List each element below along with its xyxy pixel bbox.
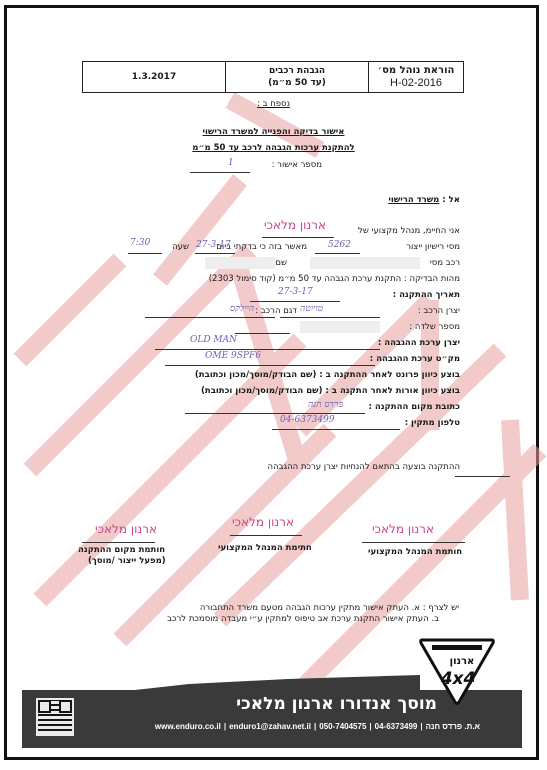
address-label: כתובת מקום ההתקנה : [369,402,461,413]
subject-line-2: (עד 50 מ״מ) [268,77,326,89]
license-value: 5262 [328,240,351,250]
signature-line-2 [230,535,302,536]
approval-number-value: 1 [228,158,234,168]
phone-value: 04-6373499 [280,415,335,425]
chassis-line [235,333,290,334]
compliance-statement: ההתקנה בוצעה בהתאם להנחיות יצרן ערכת ההג… [268,462,460,473]
approval-number-line [190,172,250,173]
inspection-nature: מהות הבדיקה : התקנת ערכת הגבהה עד 50 מ״מ… [209,274,460,285]
addressee-name: משרד הרישוי [388,195,439,205]
website-link[interactable]: www.enduro.co.il [155,722,221,731]
model-line [145,317,275,318]
address-value: פרדס חנה [308,399,343,410]
email-link[interactable]: enduro1@zahav.net.il [229,722,311,731]
light-alignment: בוצע כיוון אורות לאחר התקנה ב : (שם הבוד… [201,386,460,397]
kit-sku-label: מק״ט ערכת ההגבהה : [370,354,460,365]
procedure-label: הוראת נוהל מס׳ [378,65,455,77]
signature-stamp-3: ארנון מלאכי [95,522,157,536]
hour-value: 7:30 [130,238,150,248]
subject-cell: הגבהת רכבים (עד 50 מ״מ) [225,62,368,92]
appendix-label: נספח ב : [0,99,547,110]
attachments-line-1: יש לצרף : א. העתק אישור מתקין ערכות הגבה… [200,603,459,614]
subject-line-1: הגבהת רכבים [269,65,325,77]
kit-maker-value: OLD MAN [190,335,237,345]
install-date-line [250,301,340,302]
signature-caption-2: חתימת המנהל המקצועי [218,543,312,554]
attachments-line-2: ב. העתק אישור התקנת ערכת אב טיפוס למתקין… [167,614,439,625]
procedure-cell: הוראת נוהל מס׳ H-02-2016 [368,62,463,92]
hour-line [128,253,162,254]
date-cell: 1.3.2017 [83,62,225,92]
address-line [185,413,365,414]
phone-label: טלפון מתקין : [405,418,460,429]
logo-mark: 4x4 [440,669,476,689]
signature-stamp-2: ארנון מלאכי [232,515,294,529]
install-date-label: תאריך ההתקנה : [393,290,460,301]
signature-caption-1: חותמת המנהל המקצועי [368,547,462,558]
qr-code-icon [36,698,74,736]
compliance-line [455,476,510,477]
addressee: אל : משרד הרישוי [388,195,460,206]
header-date: 1.3.2017 [132,71,176,83]
confirm-date: 27-3-17 [196,240,231,250]
kit-sku-line [165,365,375,366]
make-value: טויוטה [300,303,323,314]
title-line-1: אישור בדיקה והפנייה למשרד הרישוי [0,127,547,138]
redacted-vehicle-number [310,257,420,269]
kit-sku-value: OME 9SPF6 [205,351,261,361]
phone-line [272,429,400,430]
signature-line-1 [362,542,465,543]
front-alignment: בוצע כיוון פרונט לאחר ההתקנה ב : (שם הבו… [195,370,460,381]
addressee-prefix: אל : [442,195,460,205]
contact-bar: www.enduro.co.il| enduro1@zahav.net.il| … [100,722,480,731]
redacted-chassis-number [300,321,380,333]
license-line [315,253,360,254]
manager-line [262,237,334,238]
title-line-2: להתקנת ערכות הגבהה לרכב עד 50 מ״מ [0,143,547,154]
model-value: היילקס [230,303,254,314]
chassis-label: מספר שלדה : [409,322,460,333]
license-label: מסי רישיון ייצור [406,242,460,253]
signature-caption-3: חותמת מקום ההתקנה [78,545,165,556]
logo-icon: ארנון 4x4 [418,636,496,706]
manager-stamp: ארנון מלאכי [264,218,326,232]
header-table: הוראת נוהל מס׳ H-02-2016 הגבהת רכבים (עד… [82,61,464,93]
procedure-number: H-02-2016 [390,77,442,89]
approval-number-label: מספר אישור : [272,160,322,171]
signature-stamp-1: ארנון מלאכי [372,522,434,536]
hour-label: שעה [172,242,189,253]
confirm-date-line [195,253,235,254]
install-date-value: 27-3-17 [278,287,313,297]
logo-text: ארנון [450,656,475,667]
make-label: יצרן הרכב : [418,306,460,317]
mobile-phone: 050-7404575 [319,722,366,731]
business-address: א.ת. פרדס חנה [426,722,480,731]
business-name: מוסך אנדורו ארנון מלאכי [236,694,437,714]
model-label: דגם הרכב : [255,306,297,317]
kit-maker-label: יצרן ערכת ההגבהה : [378,338,460,349]
signature-line-3 [82,542,155,543]
redacted-owner-name [205,257,275,269]
vehicle-label: רכב מסי [430,258,460,269]
kit-maker-line [155,349,380,350]
office-phone: 04-6373499 [375,722,418,731]
manager-label: אני החיימ, מנהל מקצועי של [358,226,460,237]
make-line [280,317,380,318]
signature-caption-3b: (מפעל ייצור /מוסך) [88,556,166,567]
